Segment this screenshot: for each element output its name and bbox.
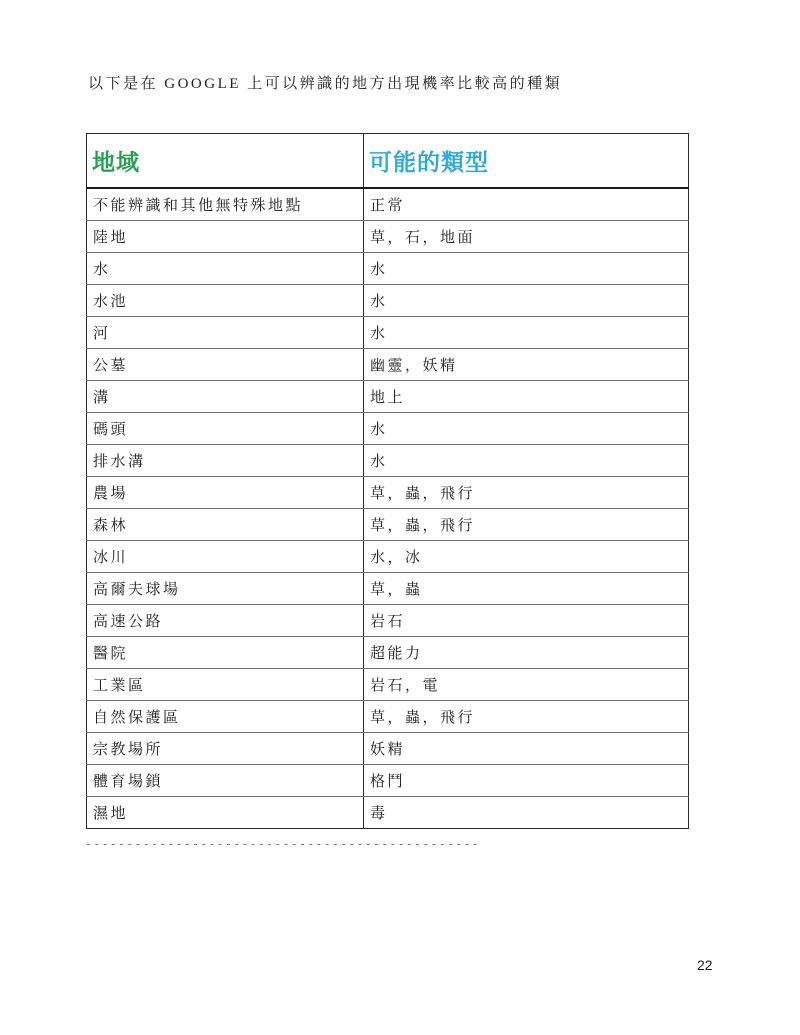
page-title: 以下是在 GOOGLE 上可以辨識的地方出現機率比較高的種類 — [88, 72, 562, 93]
table-row: 河水 — [87, 317, 689, 349]
types-cell: 幽靈，妖精 — [364, 349, 689, 381]
types-cell: 地上 — [364, 381, 689, 413]
types-cell: 水 — [364, 317, 689, 349]
region-cell: 水池 — [87, 285, 364, 317]
region-cell: 河 — [87, 317, 364, 349]
column-header-region: 地域 — [87, 134, 364, 189]
region-cell: 濕地 — [87, 797, 364, 829]
region-cell: 水 — [87, 253, 364, 285]
types-cell: 水 — [364, 253, 689, 285]
table-row: 冰川水，冰 — [87, 541, 689, 573]
types-cell: 草，石，地面 — [364, 221, 689, 253]
table-row: 水水 — [87, 253, 689, 285]
table-row: 工業區岩石，電 — [87, 669, 689, 701]
table-row: 森林草，蟲，飛行 — [87, 509, 689, 541]
region-cell: 自然保護區 — [87, 701, 364, 733]
region-cell: 森林 — [87, 509, 364, 541]
table-row: 宗教場所妖精 — [87, 733, 689, 765]
types-cell: 草，蟲，飛行 — [364, 477, 689, 509]
types-cell: 正常 — [364, 188, 689, 221]
region-cell: 溝 — [87, 381, 364, 413]
region-cell: 碼頭 — [87, 413, 364, 445]
table-row: 陸地草，石，地面 — [87, 221, 689, 253]
types-cell: 水，冰 — [364, 541, 689, 573]
table-row: 排水溝水 — [87, 445, 689, 477]
table-row: 濕地毒 — [87, 797, 689, 829]
table-row: 碼頭水 — [87, 413, 689, 445]
region-cell: 體育場鎖 — [87, 765, 364, 797]
types-cell: 岩石，電 — [364, 669, 689, 701]
types-cell: 草，蟲，飛行 — [364, 509, 689, 541]
types-cell: 水 — [364, 445, 689, 477]
types-cell: 水 — [364, 285, 689, 317]
region-cell: 宗教場所 — [87, 733, 364, 765]
table-body: 不能辨識和其他無特殊地點正常陸地草，石，地面水水水池水河水公墓幽靈，妖精溝地上碼… — [87, 188, 689, 829]
types-cell: 岩石 — [364, 605, 689, 637]
table-row: 自然保護區草，蟲，飛行 — [87, 701, 689, 733]
region-cell: 排水溝 — [87, 445, 364, 477]
region-cell: 公墓 — [87, 349, 364, 381]
region-cell: 醫院 — [87, 637, 364, 669]
table-row: 水池水 — [87, 285, 689, 317]
header-row: 地域 可能的類型 — [87, 134, 689, 189]
types-cell: 草，蟲，飛行 — [364, 701, 689, 733]
types-cell: 超能力 — [364, 637, 689, 669]
table-row: 溝地上 — [87, 381, 689, 413]
types-cell: 格鬥 — [364, 765, 689, 797]
document-page: 以下是在 GOOGLE 上可以辨識的地方出現機率比較高的種類 地域 可能的類型 … — [0, 0, 800, 1035]
types-cell: 妖精 — [364, 733, 689, 765]
region-cell: 冰川 — [87, 541, 364, 573]
types-cell: 水 — [364, 413, 689, 445]
region-cell: 農場 — [87, 477, 364, 509]
types-cell: 毒 — [364, 797, 689, 829]
table-row: 高爾夫球場草，蟲 — [87, 573, 689, 605]
table-row: 體育場鎖格鬥 — [87, 765, 689, 797]
types-cell: 草，蟲 — [364, 573, 689, 605]
region-cell: 不能辨識和其他無特殊地點 — [87, 188, 364, 221]
region-type-table: 地域 可能的類型 不能辨識和其他無特殊地點正常陸地草，石，地面水水水池水河水公墓… — [86, 133, 689, 829]
region-cell: 高爾夫球場 — [87, 573, 364, 605]
region-cell: 陸地 — [87, 221, 364, 253]
table-row: 不能辨識和其他無特殊地點正常 — [87, 188, 689, 221]
table-row: 醫院超能力 — [87, 637, 689, 669]
column-header-type: 可能的類型 — [364, 134, 689, 189]
region-cell: 工業區 — [87, 669, 364, 701]
region-cell: 高速公路 — [87, 605, 364, 637]
dashed-divider: ----------------------------------------… — [85, 837, 480, 851]
table-row: 高速公路岩石 — [87, 605, 689, 637]
table-row: 公墓幽靈，妖精 — [87, 349, 689, 381]
table-row: 農場草，蟲，飛行 — [87, 477, 689, 509]
page-number: 22 — [697, 957, 713, 973]
